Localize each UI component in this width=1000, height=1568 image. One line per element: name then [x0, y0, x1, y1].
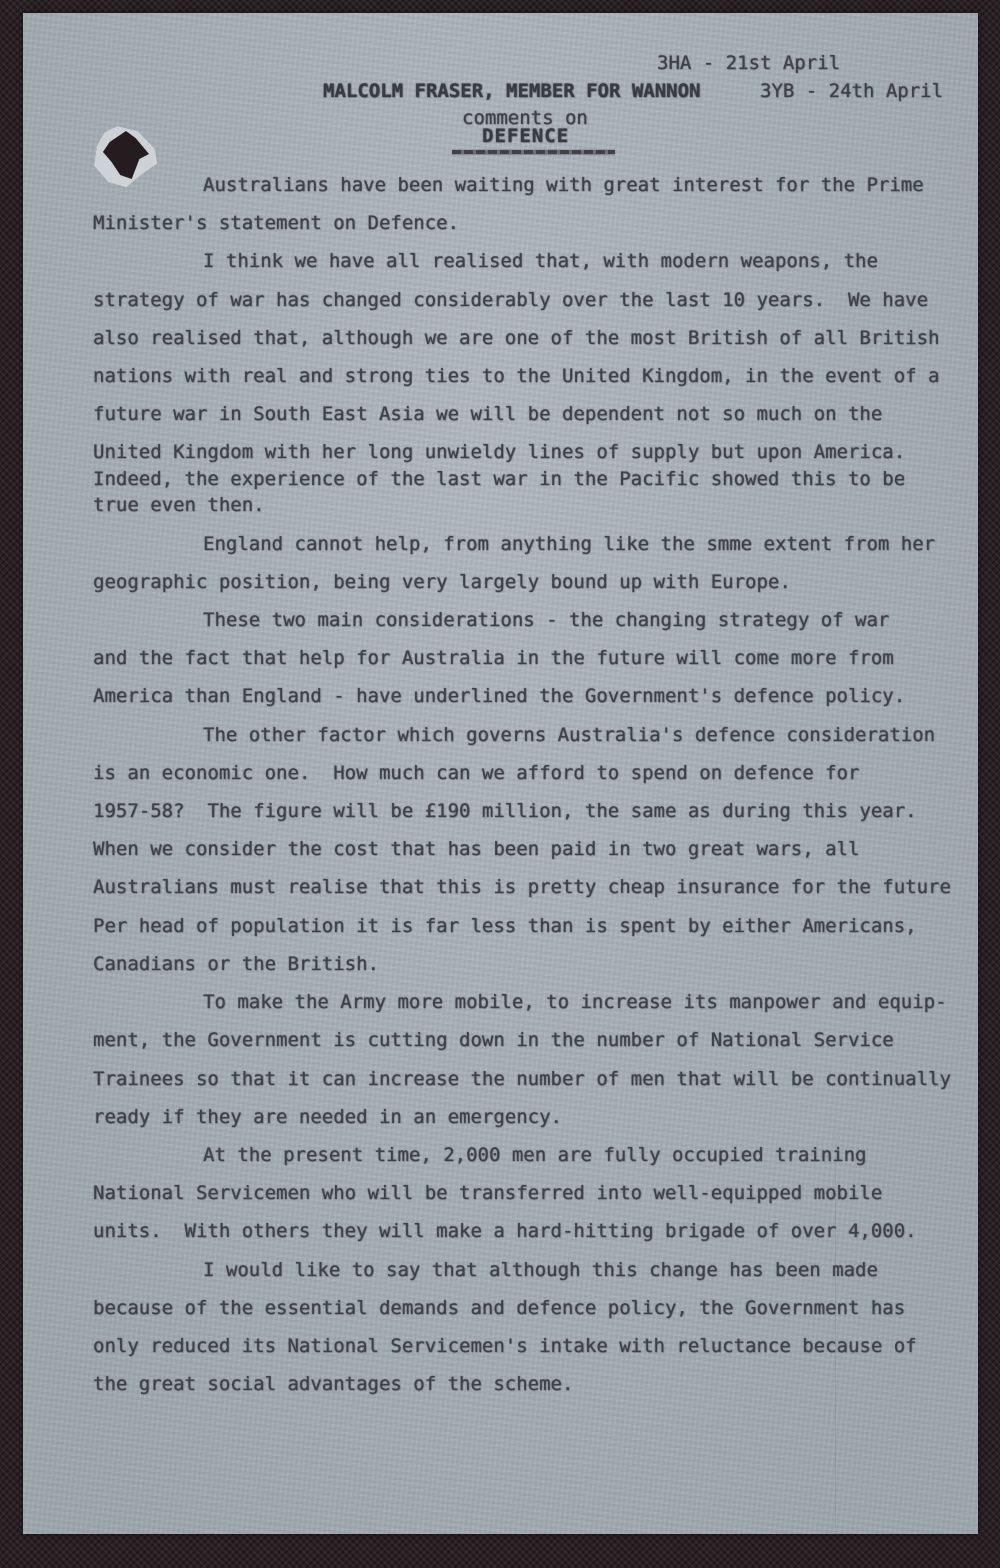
- text-line: I think we have all realised that, with …: [93, 242, 965, 280]
- text-line: 1957-58? The figure will be £190 million…: [93, 792, 965, 830]
- text-line: geographic position, being very largely …: [93, 563, 965, 601]
- text-line: To make the Army more mobile, to increas…: [93, 983, 965, 1021]
- text-line: is an economic one. How much can we affo…: [93, 754, 965, 792]
- subject-underline: [452, 150, 615, 154]
- broadcast-station-date-2: 3YB - 24th April: [760, 80, 943, 102]
- text-line: These two main considerations - the chan…: [93, 601, 965, 639]
- text-line: Minister's statement on Defence.: [93, 204, 965, 242]
- paper-crease: [835, 1093, 836, 1534]
- text-line: nations with real and strong ties to the…: [93, 357, 965, 395]
- paper-page: 3HA - 21st April MALCOLM FRASER, MEMBER …: [23, 13, 978, 1534]
- text-line: true even then.: [93, 486, 965, 524]
- text-line: When we consider the cost that has been …: [93, 830, 965, 868]
- broadcast-station-date-1: 3HA - 21st April: [657, 52, 840, 74]
- text-line: also realised that, although we are one …: [93, 319, 965, 357]
- text-line: Canadians or the British.: [93, 945, 965, 983]
- text-line: The other factor which governs Australia…: [93, 716, 965, 754]
- text-line: strategy of war has changed considerably…: [93, 281, 965, 319]
- text-line: future war in South East Asia we will be…: [93, 395, 965, 433]
- text-line: Trainees so that it can increase the num…: [93, 1060, 965, 1098]
- subject-title: DEFENCE: [482, 125, 569, 147]
- text-line: ment, the Government is cutting down in …: [93, 1021, 965, 1059]
- text-line: England cannot help, from anything like …: [93, 525, 965, 563]
- text-line: Per head of population it is far less th…: [93, 907, 965, 945]
- text-line: Australians have been waiting with great…: [93, 166, 965, 204]
- text-line: Australians must realise that this is pr…: [93, 868, 965, 906]
- byline-title: MALCOLM FRASER, MEMBER FOR WANNON: [323, 80, 701, 102]
- scanned-document: 3HA - 21st April MALCOLM FRASER, MEMBER …: [0, 0, 1000, 1568]
- text-line: and the fact that help for Australia in …: [93, 639, 965, 677]
- text-line: America than England - have underlined t…: [93, 677, 965, 715]
